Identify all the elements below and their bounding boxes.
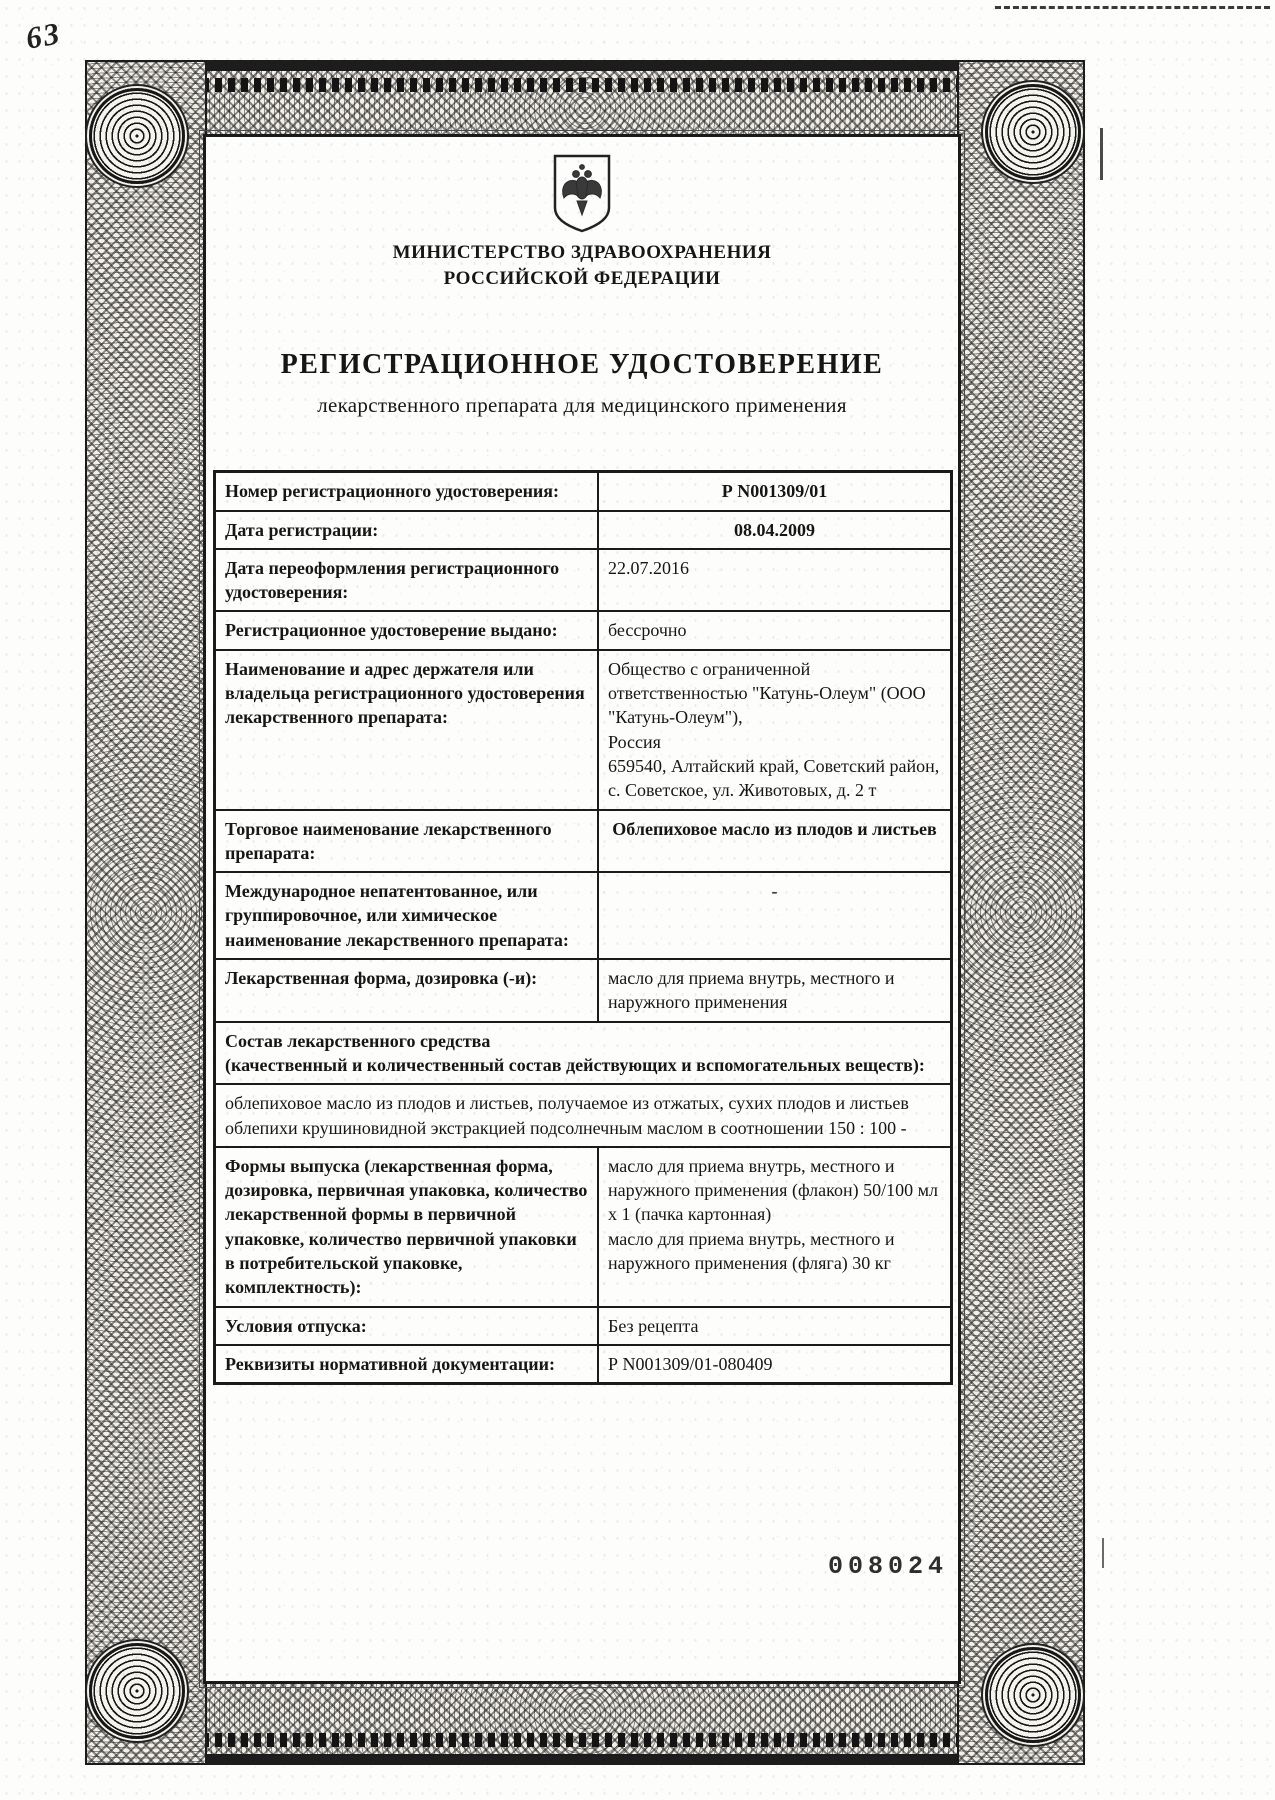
table-row: Лекарственная форма, дозировка (-и):масл…: [216, 960, 950, 1023]
field-label: Номер регистрационного удостоверения:: [216, 473, 599, 509]
certificate-table: Номер регистрационного удостоверения:Р N…: [213, 470, 953, 1385]
margin-mark: [1100, 128, 1103, 180]
handwritten-note: 63: [23, 15, 64, 57]
scanned-certificate-page: { "page": { "handwritten_note": "63", "s…: [0, 0, 1275, 1800]
table-row: Формы выпуска (лекарственная форма, дози…: [216, 1148, 950, 1308]
field-value: Р N001309/01-080409: [599, 1346, 950, 1382]
field-label: Регистрационное удостоверение выдано:: [216, 612, 599, 648]
border-castellation: [85, 1733, 1085, 1747]
ministry-name-line1: МИНИСТЕРСТВО ЗДРАВООХРАНЕНИЯ: [207, 240, 957, 266]
field-label: Формы выпуска (лекарственная форма, дози…: [216, 1148, 599, 1306]
field-label: Торговое наименование лекарственного пре…: [216, 811, 599, 872]
field-value: Облепиховое масло из плодов и листьев: [599, 811, 950, 872]
field-value: Общество с ограниченной ответственностью…: [599, 651, 950, 809]
table-row: Условия отпуска:Без рецепта: [216, 1308, 950, 1346]
table-row: Дата переоформления регистрационного удо…: [216, 550, 950, 613]
coat-of-arms-icon: [550, 152, 614, 234]
field-value: бессрочно: [599, 612, 950, 648]
field-label: Международное непатентованное, или групп…: [216, 873, 599, 958]
field-value: масло для приема внутрь, местного и нару…: [599, 960, 950, 1021]
field-value: масло для приема внутрь, местного и нару…: [599, 1148, 950, 1306]
table-row: Номер регистрационного удостоверения:Р N…: [216, 473, 950, 511]
certificate-subtitle: лекарственного препарата для медицинског…: [207, 393, 957, 418]
field-label: Дата регистрации:: [216, 512, 599, 548]
table-row: Регистрационное удостоверение выдано:бес…: [216, 612, 950, 650]
ministry-name-line2: РОССИЙСКОЙ ФЕДЕРАЦИИ: [207, 266, 957, 292]
table-row: Международное непатентованное, или групп…: [216, 873, 950, 960]
section-text: Состав лекарственного средства (качестве…: [216, 1023, 950, 1084]
field-label: Лекарственная форма, дозировка (-и):: [216, 960, 599, 1021]
table-row: Наименование и адрес держателя или владе…: [216, 651, 950, 811]
border-band-right: [957, 60, 1085, 1765]
certificate-title: РЕГИСТРАЦИОННОЕ УДОСТОВЕРЕНИЕ: [207, 349, 957, 381]
field-label: Условия отпуска:: [216, 1308, 599, 1344]
corner-medallion-icon: [985, 84, 1081, 180]
corner-medallion-icon: [89, 1643, 185, 1739]
table-row: Торговое наименование лекарственного пре…: [216, 811, 950, 874]
serial-number: 008024: [828, 1552, 948, 1581]
border-band-bottom: [85, 1671, 1085, 1765]
field-value: Без рецепта: [599, 1308, 950, 1344]
border-castellation: [85, 78, 1085, 92]
corner-medallion-icon: [985, 1647, 1081, 1743]
field-label: Дата переоформления регистрационного удо…: [216, 550, 599, 611]
field-label: Реквизиты нормативной документации:: [216, 1346, 599, 1382]
margin-mark: [1102, 1538, 1104, 1568]
border-band-left: [85, 60, 207, 1765]
table-row: Реквизиты нормативной документации:Р N00…: [216, 1346, 950, 1382]
section-text: облепиховое масло из плодов и листьев, п…: [216, 1085, 950, 1146]
certificate-content: МИНИСТЕРСТВО ЗДРАВООХРАНЕНИЯ РОССИЙСКОЙ …: [207, 138, 957, 1385]
field-value: 08.04.2009: [599, 512, 950, 548]
field-value: Р N001309/01: [599, 473, 950, 509]
field-value: 22.07.2016: [599, 550, 950, 611]
field-label: Наименование и адрес держателя или владе…: [216, 651, 599, 809]
scan-edge-dashes: [995, 6, 1270, 9]
table-row: облепиховое масло из плодов и листьев, п…: [216, 1085, 950, 1148]
field-value: -: [599, 873, 950, 958]
table-row: Состав лекарственного средства (качестве…: [216, 1023, 950, 1086]
corner-medallion-icon: [89, 88, 185, 184]
table-row: Дата регистрации:08.04.2009: [216, 512, 950, 550]
